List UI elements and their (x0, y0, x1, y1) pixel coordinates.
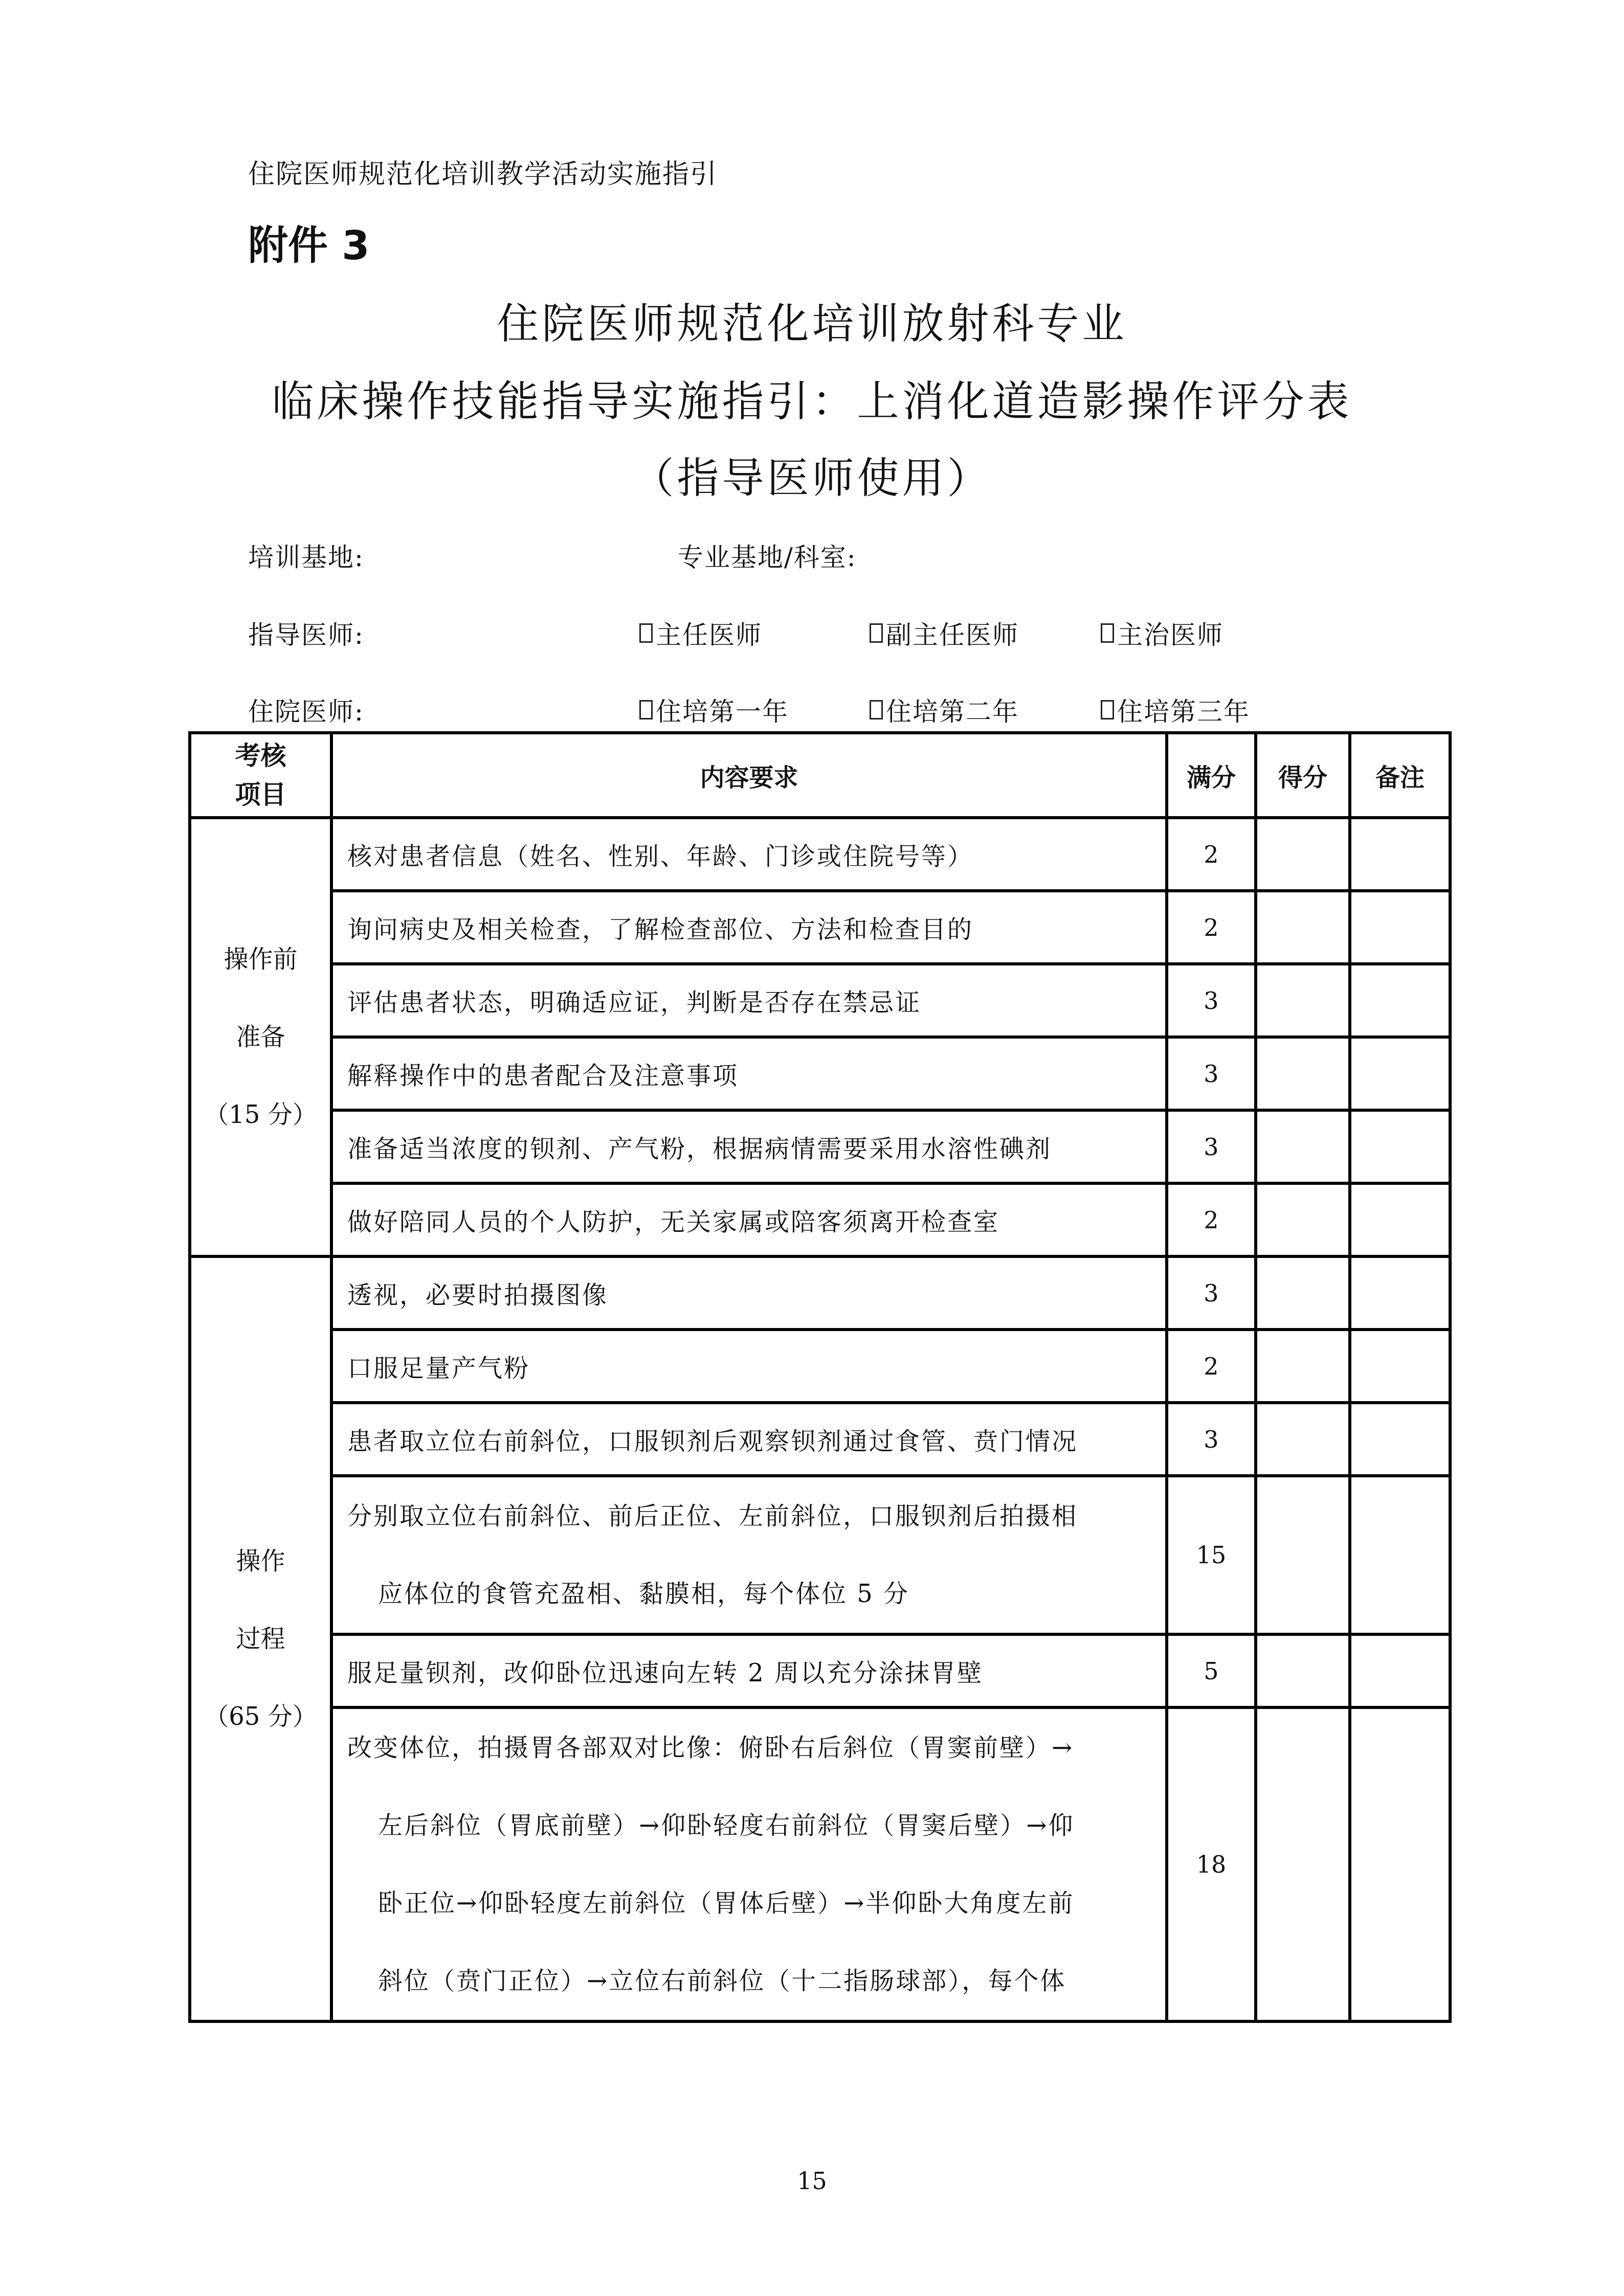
row-content: 分别取立位右前斜位、前后正位、左前斜位，口服钡剂后拍摄相 应体位的食管充盈相、黏… (331, 1476, 1167, 1634)
table-row: 评估患者状态，明确适应证，判断是否存在禁忌证 3 (190, 964, 1450, 1037)
row-content: 患者取立位右前斜位，口服钡剂后观察钡剂通过食管、贲门情况 (331, 1403, 1167, 1476)
row-score-input[interactable] (1256, 1403, 1350, 1476)
row-content: 准备适当浓度的钡剂、产气粉，根据病情需要采用水溶性碘剂 (331, 1110, 1167, 1183)
row-score-input[interactable] (1256, 818, 1350, 891)
option-label: 住培第二年 (886, 691, 1019, 728)
checkbox-icon[interactable] (870, 623, 883, 643)
header-score: 得分 (1256, 733, 1350, 818)
row-full-score: 3 (1167, 964, 1256, 1037)
table-row: 改变体位，拍摄胃各部双对比像：俯卧右后斜位（胃窦前壁）→ 左后斜位（胃底前壁）→… (190, 1707, 1450, 2021)
resident-option-year1[interactable]: 住培第一年 (639, 691, 789, 728)
row-note-input[interactable] (1350, 1476, 1450, 1634)
row-full-score: 3 (1167, 1037, 1256, 1110)
row-note-input[interactable] (1350, 1330, 1450, 1403)
option-label: 住培第一年 (656, 691, 789, 728)
document-title-line-3: （指导医师使用） (0, 445, 1624, 505)
header-item: 考核 项目 (190, 733, 331, 818)
supervisor-label: 指导医师: (248, 615, 364, 651)
running-header: 住院医师规范化培训教学活动实施指引 (248, 152, 718, 191)
row-content: 评估患者状态，明确适应证，判断是否存在禁忌证 (331, 964, 1167, 1037)
option-label: 住培第三年 (1117, 691, 1250, 728)
row-note-input[interactable] (1350, 891, 1450, 964)
header-full-score: 满分 (1167, 733, 1256, 818)
row-content: 服足量钡剂，改仰卧位迅速向左转 2 周以充分涂抹胃壁 (331, 1634, 1167, 1707)
row-note-input[interactable] (1350, 1110, 1450, 1183)
row-full-score: 3 (1167, 1110, 1256, 1183)
row-content: 询问病史及相关检查，了解检查部位、方法和检查目的 (331, 891, 1167, 964)
row-full-score: 2 (1167, 1183, 1256, 1256)
row-full-score: 2 (1167, 891, 1256, 964)
resident-label: 住院医师: (248, 691, 364, 728)
table-header-row: 考核 项目 内容要求 满分 得分 备注 (190, 733, 1450, 818)
header-note: 备注 (1350, 733, 1450, 818)
supervisor-option-attending[interactable]: 主治医师 (1101, 615, 1223, 651)
row-content: 解释操作中的患者配合及注意事项 (331, 1037, 1167, 1110)
section-pre-operation: 操作前 准备 （15 分） (190, 818, 331, 1256)
scoring-table: 考核 项目 内容要求 满分 得分 备注 操作前 准备 （15 分） 核对患者信息… (188, 731, 1452, 2023)
table-row: 做好陪同人员的个人防护，无关家属或陪客须离开检查室 2 (190, 1183, 1450, 1256)
attachment-label: 附件 3 (248, 214, 369, 271)
row-score-input[interactable] (1256, 891, 1350, 964)
row-score-input[interactable] (1256, 1183, 1350, 1256)
checkbox-icon[interactable] (1101, 700, 1114, 719)
row-score-input[interactable] (1256, 1707, 1350, 2021)
row-note-input[interactable] (1350, 1256, 1450, 1330)
checkbox-icon[interactable] (870, 700, 883, 719)
row-full-score: 18 (1167, 1707, 1256, 2021)
table-row: 询问病史及相关检查，了解检查部位、方法和检查目的 2 (190, 891, 1450, 964)
row-full-score: 2 (1167, 818, 1256, 891)
row-content: 做好陪同人员的个人防护，无关家属或陪客须离开检查室 (331, 1183, 1167, 1256)
resident-option-year2[interactable]: 住培第二年 (870, 691, 1019, 728)
table-row: 口服足量产气粉 2 (190, 1330, 1450, 1403)
row-score-input[interactable] (1256, 1634, 1350, 1707)
row-note-input[interactable] (1350, 818, 1450, 891)
table-row: 服足量钡剂，改仰卧位迅速向左转 2 周以充分涂抹胃壁 5 (190, 1634, 1450, 1707)
option-label: 主任医师 (656, 615, 762, 651)
supervisor-option-chief[interactable]: 主任医师 (639, 615, 762, 651)
section-operation-process: 操作 过程 （65 分） (190, 1256, 331, 2021)
header-content: 内容要求 (331, 733, 1167, 818)
option-label: 副主任医师 (886, 615, 1019, 651)
row-full-score: 2 (1167, 1330, 1256, 1403)
document-title-line-2: 临床操作技能指导实施指引：上消化道造影操作评分表 (0, 368, 1624, 428)
row-score-input[interactable] (1256, 964, 1350, 1037)
row-note-input[interactable] (1350, 1634, 1450, 1707)
row-score-input[interactable] (1256, 1476, 1350, 1634)
row-note-input[interactable] (1350, 1037, 1450, 1110)
document-title-line-1: 住院医师规范化培训放射科专业 (0, 290, 1624, 350)
row-score-input[interactable] (1256, 1256, 1350, 1330)
specialty-base-label: 专业基地/科室: (678, 537, 857, 574)
row-score-input[interactable] (1256, 1110, 1350, 1183)
table-row: 操作前 准备 （15 分） 核对患者信息（姓名、性别、年龄、门诊或住院号等） 2 (190, 818, 1450, 891)
resident-option-year3[interactable]: 住培第三年 (1101, 691, 1250, 728)
table-row: 准备适当浓度的钡剂、产气粉，根据病情需要采用水溶性碘剂 3 (190, 1110, 1450, 1183)
row-content: 透视，必要时拍摄图像 (331, 1256, 1167, 1330)
row-score-input[interactable] (1256, 1037, 1350, 1110)
row-content: 改变体位，拍摄胃各部双对比像：俯卧右后斜位（胃窦前壁）→ 左后斜位（胃底前壁）→… (331, 1707, 1167, 2021)
table-row: 患者取立位右前斜位，口服钡剂后观察钡剂通过食管、贲门情况 3 (190, 1403, 1450, 1476)
row-content: 口服足量产气粉 (331, 1330, 1167, 1403)
row-full-score: 15 (1167, 1476, 1256, 1634)
row-note-input[interactable] (1350, 1403, 1450, 1476)
row-full-score: 3 (1167, 1403, 1256, 1476)
row-score-input[interactable] (1256, 1330, 1350, 1403)
table-row: 分别取立位右前斜位、前后正位、左前斜位，口服钡剂后拍摄相 应体位的食管充盈相、黏… (190, 1476, 1450, 1634)
option-label: 主治医师 (1117, 615, 1223, 651)
row-full-score: 3 (1167, 1256, 1256, 1330)
row-note-input[interactable] (1350, 964, 1450, 1037)
table-row: 解释操作中的患者配合及注意事项 3 (190, 1037, 1450, 1110)
table-row: 操作 过程 （65 分） 透视，必要时拍摄图像 3 (190, 1256, 1450, 1330)
row-content: 核对患者信息（姓名、性别、年龄、门诊或住院号等） (331, 818, 1167, 891)
row-full-score: 5 (1167, 1634, 1256, 1707)
checkbox-icon[interactable] (639, 700, 653, 719)
row-note-input[interactable] (1350, 1707, 1450, 2021)
supervisor-option-associate-chief[interactable]: 副主任医师 (870, 615, 1019, 651)
page-number: 15 (0, 2167, 1624, 2195)
training-base-label: 培训基地: (248, 537, 364, 574)
row-note-input[interactable] (1350, 1183, 1450, 1256)
checkbox-icon[interactable] (1101, 623, 1114, 643)
checkbox-icon[interactable] (639, 623, 653, 643)
